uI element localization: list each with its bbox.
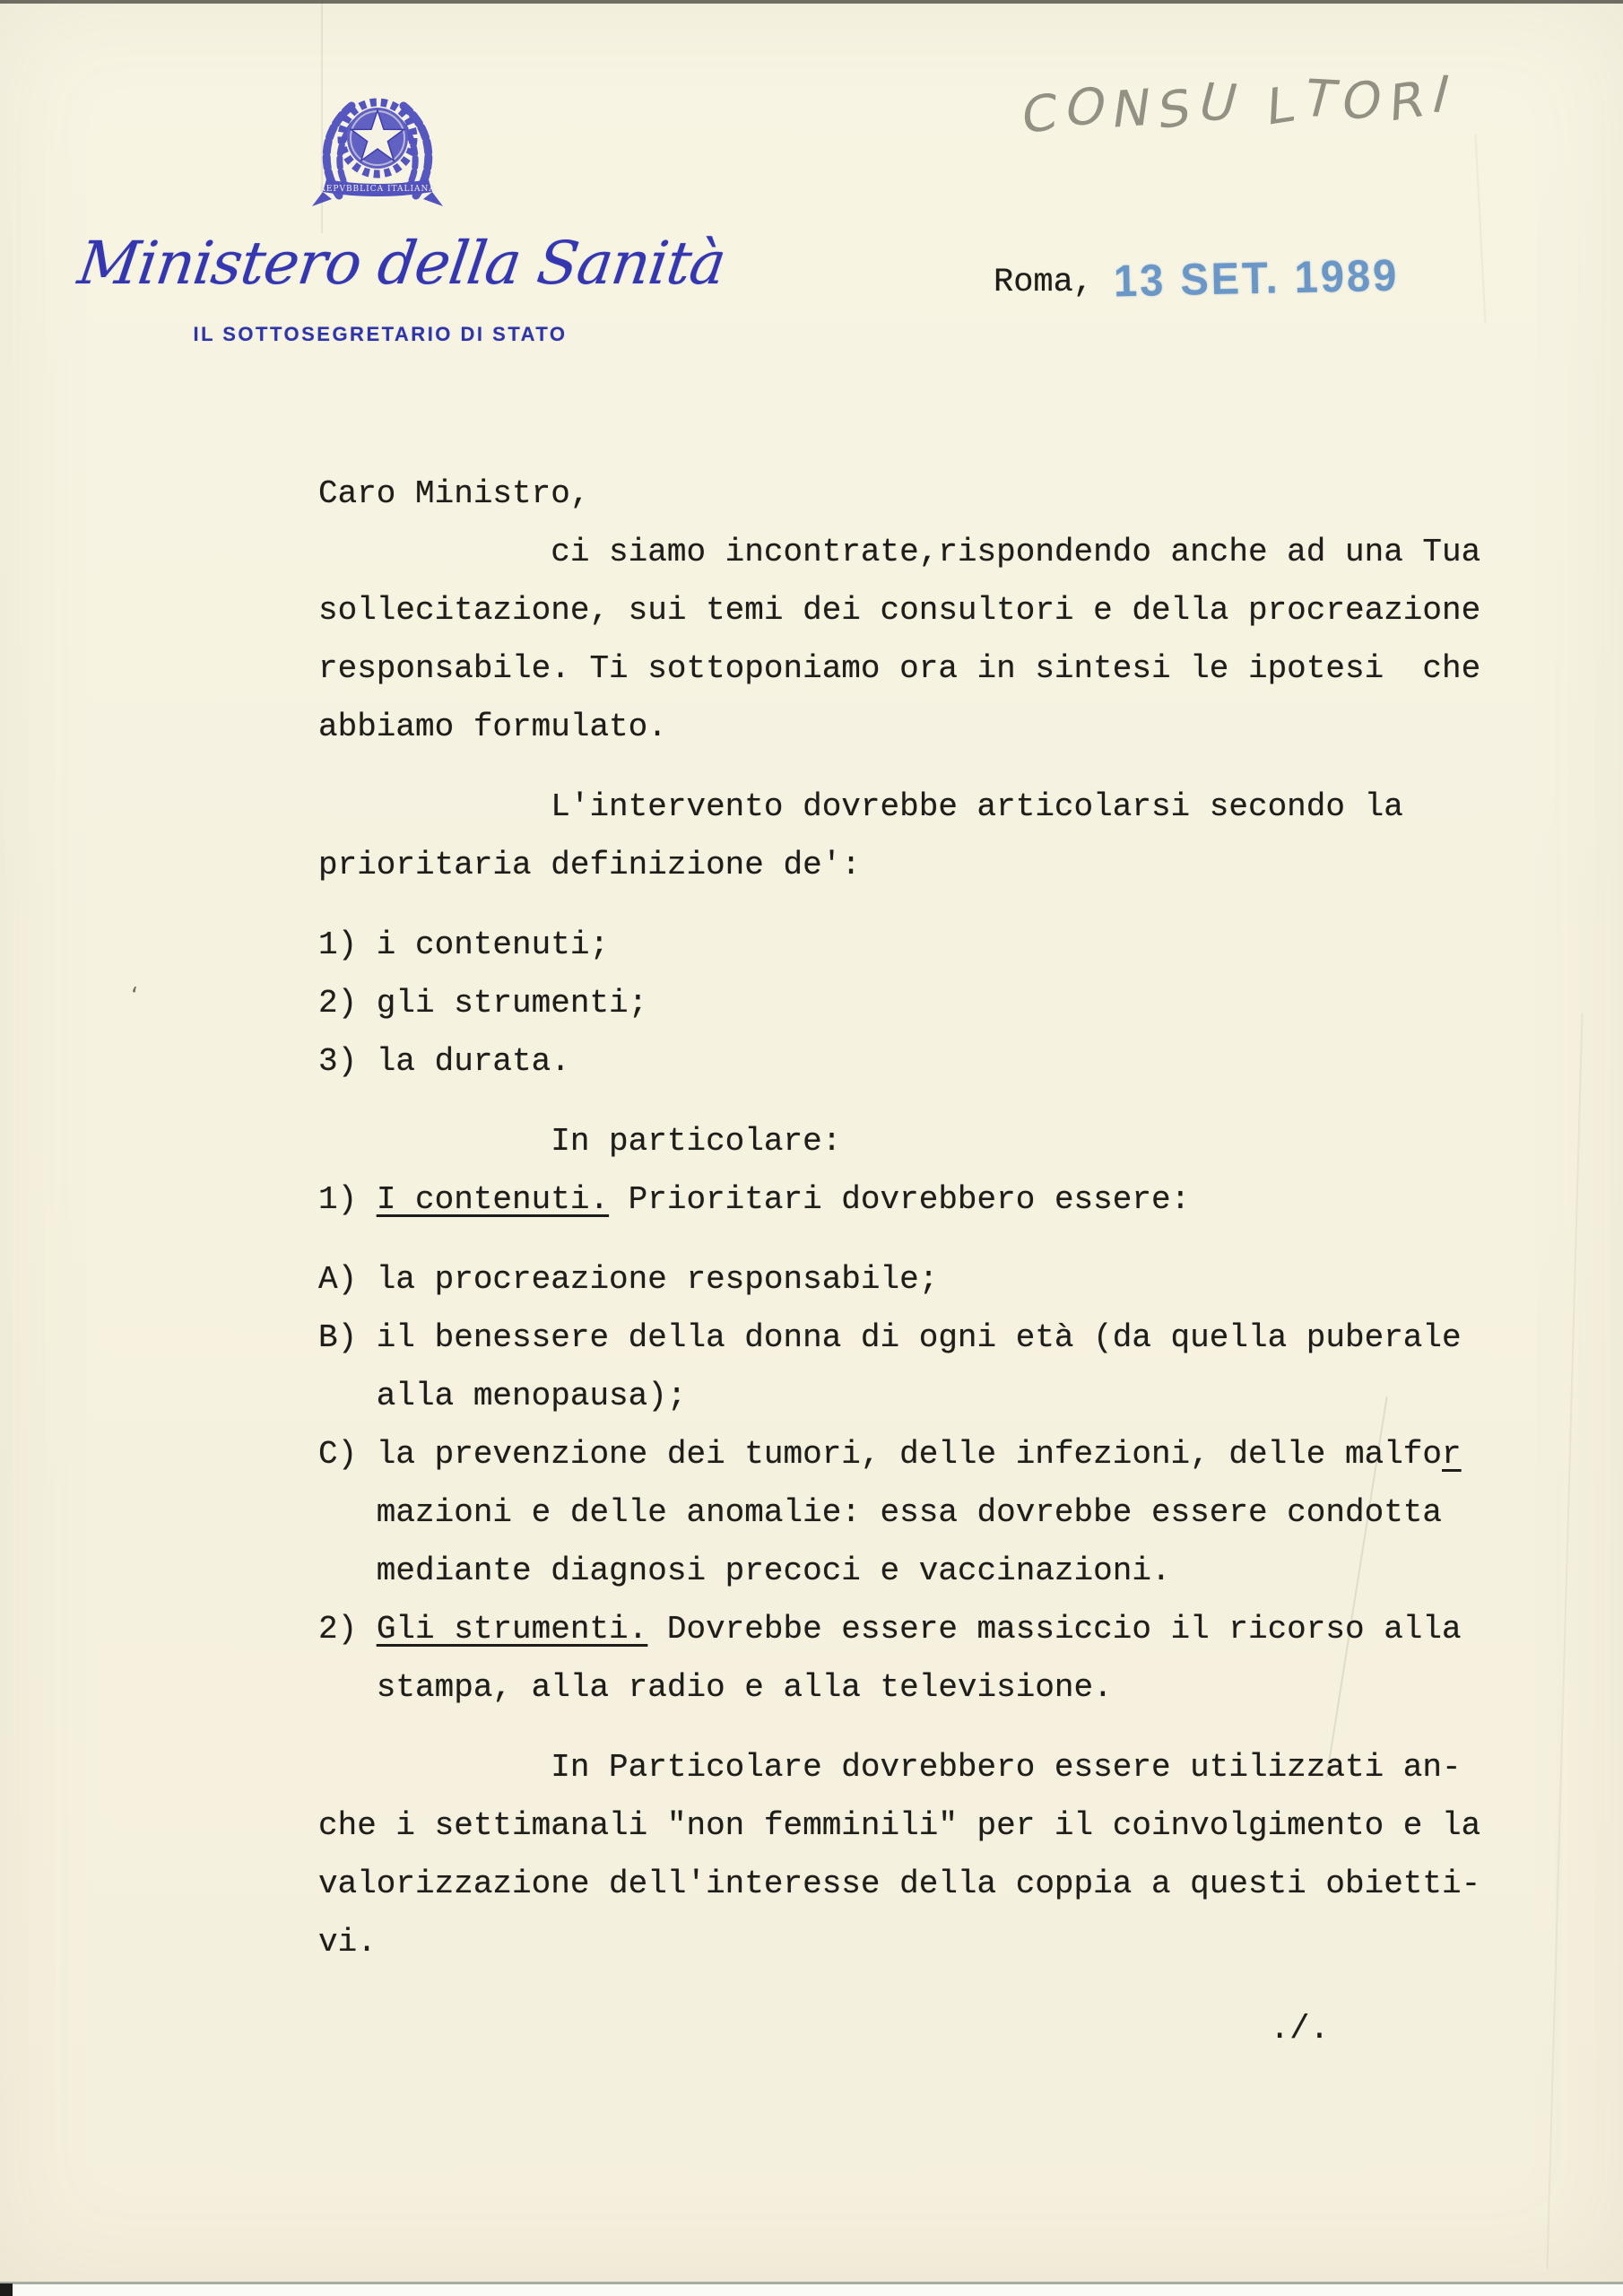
letter-line: vi. bbox=[318, 1913, 1511, 1971]
letter-line: Caro Ministro, bbox=[318, 465, 1511, 523]
date-stamp: 13 SET. 1989 bbox=[1113, 248, 1399, 307]
scan-background-strip bbox=[0, 2282, 1623, 2296]
letter-line: A) la procreazione responsabile; bbox=[318, 1250, 1511, 1309]
letter-line: 2) Gli strumenti. Dovrebbe essere massic… bbox=[318, 1600, 1511, 1658]
letter-line: 2) gli strumenti; bbox=[318, 974, 1511, 1032]
letter-line: valorizzazione dell'interesse della copp… bbox=[318, 1855, 1511, 1913]
letter-line: 3) la durata. bbox=[318, 1032, 1511, 1091]
scan-corner-mark bbox=[0, 2283, 13, 2296]
paper-crease bbox=[1546, 1013, 1583, 2269]
office-title: IL SOTTOSEGRETARIO DI STATO bbox=[178, 323, 583, 346]
letter-line: ci siamo incontrate,rispondendo anche ad… bbox=[318, 523, 1511, 581]
letter-paper: REPVBBLICA ITALIANA Ministero della Sani… bbox=[0, 0, 1623, 2282]
letter-line: mediante diagnosi precoci e vaccinazioni… bbox=[318, 1542, 1511, 1600]
letter-line: responsabile. Ti sottoponiamo ora in sin… bbox=[318, 639, 1511, 698]
letter-line: 1) i contenuti; bbox=[318, 916, 1511, 974]
letter-line: L'intervento dovrebbe articolarsi second… bbox=[318, 778, 1511, 836]
place-label: Roma, bbox=[994, 264, 1093, 301]
letter-line: C) la prevenzione dei tumori, delle infe… bbox=[318, 1425, 1511, 1483]
paper-crease bbox=[321, 0, 323, 233]
letter-line: che i settimanali "non femminili" per il… bbox=[318, 1796, 1511, 1855]
letter-line: stampa, alla radio e alla televisione. bbox=[318, 1658, 1511, 1717]
scan-top-edge bbox=[0, 0, 1623, 4]
continuation-mark: ./. bbox=[1270, 2011, 1330, 2048]
letter-line: prioritaria definizione de': bbox=[318, 836, 1511, 894]
letter-line: mazioni e delle anomalie: essa dovrebbe … bbox=[318, 1483, 1511, 1542]
letter-line: alla menopausa); bbox=[318, 1367, 1511, 1425]
letter-line: In particolare: bbox=[318, 1112, 1511, 1170]
letter-line: sollecitazione, sui temi dei consultori … bbox=[318, 581, 1511, 639]
ministry-name-script: Ministero della Sanità bbox=[73, 219, 691, 309]
emblem-ribbon-text: REPVBBLICA ITALIANA bbox=[319, 185, 436, 194]
letter-line: B) il benessere della donna di ogni età … bbox=[318, 1309, 1511, 1367]
letter-line: 1) I contenuti. Prioritari dovrebbero es… bbox=[318, 1170, 1511, 1229]
letter-line: abbiamo formulato. bbox=[318, 698, 1511, 756]
handwritten-annotation: CONSU LTORI bbox=[1017, 67, 1461, 141]
scanned-letter-page: { "document": { "annotation_handwritten"… bbox=[0, 0, 1623, 2296]
stray-mark: ‘ bbox=[131, 983, 138, 1010]
italian-republic-emblem-icon: REPVBBLICA ITALIANA bbox=[301, 81, 454, 215]
paper-crease bbox=[1475, 135, 1487, 323]
